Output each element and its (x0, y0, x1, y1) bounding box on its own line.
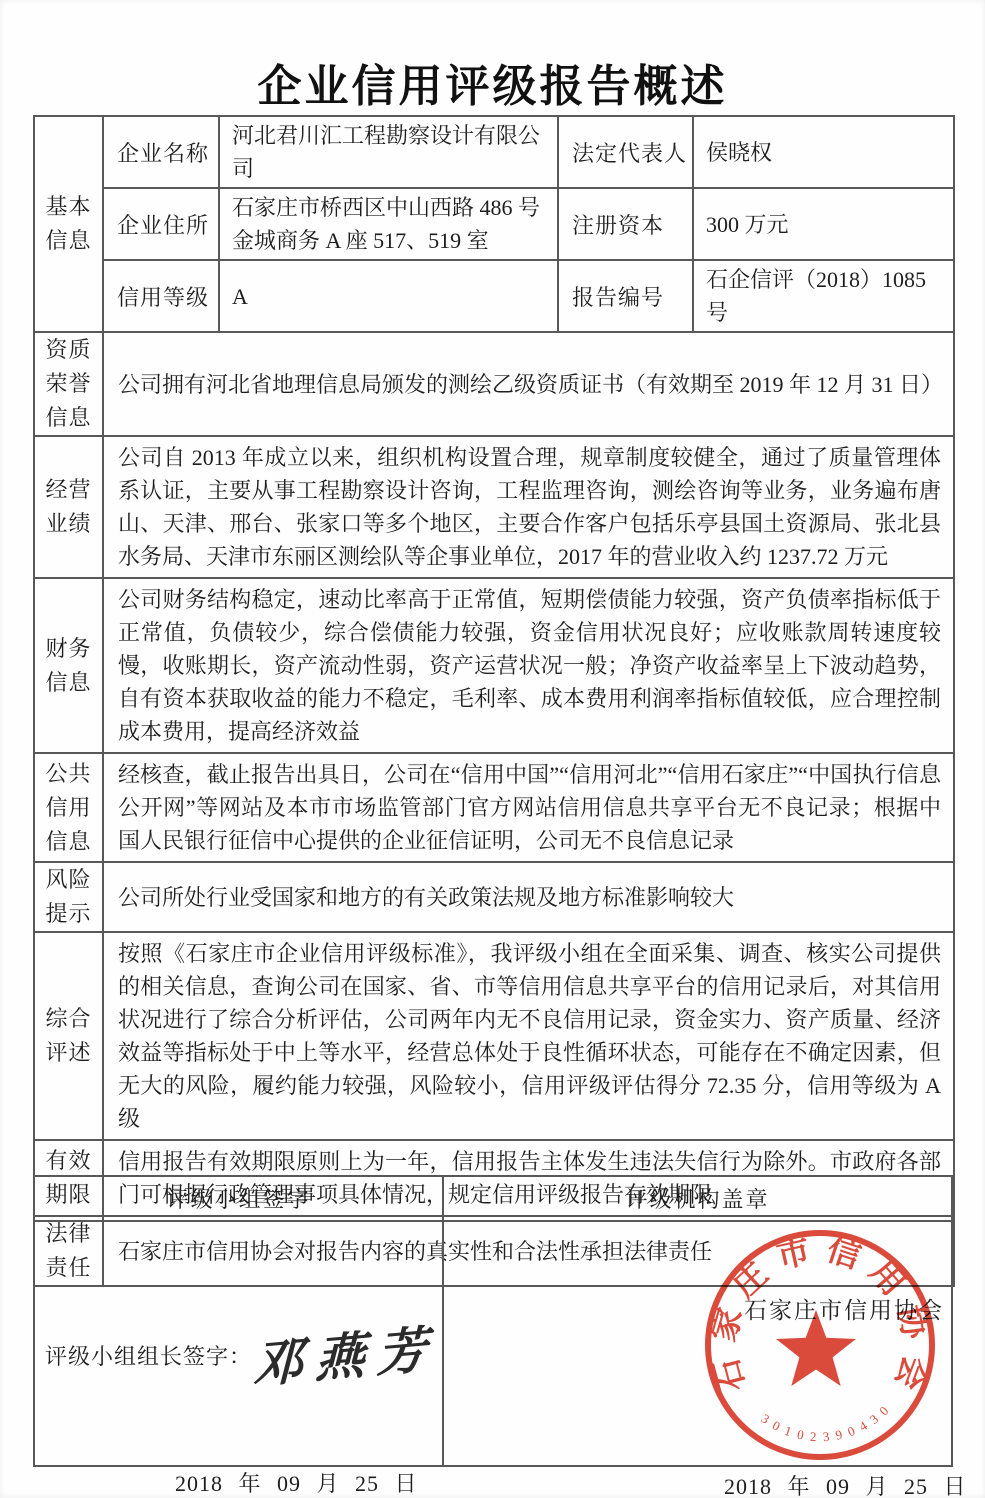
field-label-company-address: 企业住所 (103, 188, 219, 260)
seal-ring-text: 石家庄市信用协会 (705, 1230, 935, 1406)
section-label: 财务信息 (34, 578, 103, 753)
section-label-basic-info: 基本信息 (34, 116, 103, 332)
leader-signature-label: 评级小组组长签字： (45, 1340, 252, 1371)
section-row-financial-info: 财务信息 公司财务结构稳定，速动比率高于正常值，短期偿债能力较强，资产负债率指标… (34, 578, 954, 753)
section-row-business-performance: 经营业绩 公司自 2013 年成立以来，组织机构设置合理，规章制度较健全，通过了… (34, 436, 954, 578)
signoff-header-row: 评级小组签字 评级机构盖章 (35, 1177, 951, 1222)
section-content: 公司拥有河北省地理信息局颁发的测绘乙级资质证书（有效期至 2019 年 12 月… (103, 332, 954, 436)
handwritten-signature: 邓燕芳 (253, 1309, 440, 1398)
official-seal: 石家庄市信用协会 30102390430 (700, 1225, 940, 1465)
section-content: 公司自 2013 年成立以来，组织机构设置合理，规章制度较健全，通过了质量管理体… (103, 436, 954, 578)
table-row: 基本信息 企业名称 河北君川汇工程勘察设计有限公司 法定代表人 侯晓权 (34, 116, 954, 188)
section-label: 风险提示 (34, 862, 103, 932)
team-sign-date: 2018 年 09 月 25 日 (175, 1467, 418, 1498)
page-title: 企业信用评级报告概述 (0, 50, 985, 114)
field-label-legal-representative: 法定代表人 (558, 116, 693, 188)
field-value-registered-capital: 300 万元 (693, 188, 954, 260)
section-row-qualification-honor: 资质荣誉信息 公司拥有河北省地理信息局颁发的测绘乙级资质证书（有效期至 2019… (34, 332, 954, 436)
field-value-company-name: 河北君川汇工程勘察设计有限公司 (219, 116, 558, 188)
credit-rating-report-page: 企业信用评级报告概述 基本信息 企业名称 河北君川汇工程勘察设计有限公司 法定代… (0, 0, 985, 1498)
team-signature-header: 评级小组签字 (35, 1177, 444, 1220)
rating-summary-table: 基本信息 企业名称 河北君川汇工程勘察设计有限公司 法定代表人 侯晓权 企业住所… (33, 115, 955, 1287)
team-signature-cell: 评级小组组长签字： 邓燕芳 2018 年 09 月 25 日 (35, 1222, 444, 1465)
field-value-credit-grade: A (219, 260, 558, 332)
field-value-company-address: 石家庄市桥西区中山西路 486 号金城商务 A 座 517、519 室 (219, 188, 558, 260)
agency-seal-date: 2018 年 09 月 25 日 (724, 1470, 967, 1498)
signoff-block: 评级小组签字 评级机构盖章 评级小组组长签字： 邓燕芳 2018 年 09 月 … (33, 1175, 953, 1467)
seal-serial-number: 30102390430 (759, 1398, 897, 1444)
section-content: 按照《石家庄市企业信用评级标准》，我评级小组在全面采集、调查、核实公司提供的相关… (103, 932, 954, 1140)
seal-ring-text-holder: 石家庄市信用协会 (705, 1230, 935, 1406)
field-value-report-number: 石企信评（2018）1085 号 (693, 260, 954, 332)
section-content: 经核查，截止报告出具日，公司在“信用中国”“信用河北”“信用石家庄”“中国执行信… (103, 753, 954, 862)
section-content: 公司财务结构稳定，速动比率高于正常值，短期偿债能力较强，资产负债率指标低于正常值… (103, 578, 954, 753)
star-icon (776, 1310, 856, 1386)
field-label-report-number: 报告编号 (558, 260, 693, 332)
table-row: 信用等级 A 报告编号 石企信评（2018）1085 号 (34, 260, 954, 332)
field-label-company-name: 企业名称 (103, 116, 219, 188)
field-label-credit-grade: 信用等级 (103, 260, 219, 332)
field-value-legal-representative: 侯晓权 (693, 116, 954, 188)
seal-serial-holder: 30102390430 (759, 1398, 897, 1444)
section-content: 公司所处行业受国家和地方的有关政策法规及地方标准影响较大 (103, 862, 954, 932)
field-label-registered-capital: 注册资本 (558, 188, 693, 260)
section-row-risk-warning: 风险提示 公司所处行业受国家和地方的有关政策法规及地方标准影响较大 (34, 862, 954, 932)
section-label: 经营业绩 (34, 436, 103, 578)
section-label: 公共信用信息 (34, 753, 103, 862)
section-label: 资质荣誉信息 (34, 332, 103, 436)
section-label: 综合评述 (34, 932, 103, 1140)
agency-seal-header: 评级机构盖章 (444, 1177, 951, 1220)
table-row: 企业住所 石家庄市桥西区中山西路 486 号金城商务 A 座 517、519 室… (34, 188, 954, 260)
section-row-comprehensive-review: 综合评述 按照《石家庄市企业信用评级标准》，我评级小组在全面采集、调查、核实公司… (34, 932, 954, 1140)
section-row-public-credit-info: 公共信用信息 经核查，截止报告出具日，公司在“信用中国”“信用河北”“信用石家庄… (34, 753, 954, 862)
